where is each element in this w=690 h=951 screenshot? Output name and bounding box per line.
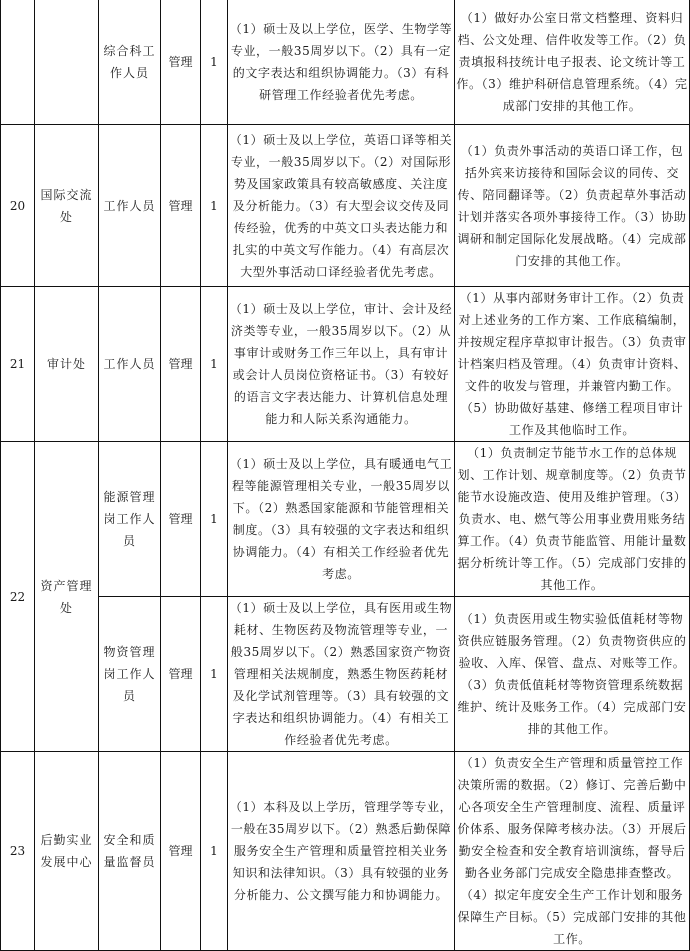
department-cell: 资产管理处: [35, 442, 99, 752]
category-cell: 管理: [161, 442, 201, 597]
table-row: 22 资产管理处 能源管理岗工作人员 管理 1 （1）硕士及以上学位，具有暖通电…: [1, 442, 690, 597]
row-number: 22: [1, 442, 35, 752]
category-cell: 管理: [161, 752, 201, 938]
job-positions-table: 综合科工作人员 管理 1 （1）硕士及以上学位，医学、生物学等专业，一般35周岁…: [0, 0, 690, 937]
headcount-cell: 1: [201, 0, 228, 125]
position-cell: 物资管理岗工作人员: [99, 597, 161, 752]
headcount-cell: 1: [201, 125, 228, 287]
department-cell: 国际交流处: [35, 125, 99, 287]
table-row: 综合科工作人员 管理 1 （1）硕士及以上学位，医学、生物学等专业，一般35周岁…: [1, 0, 690, 125]
position-cell: 工作人员: [99, 287, 161, 442]
category-cell: 管理: [161, 0, 201, 125]
requirements-cell: （1）硕士及以上学位，具有暖通电气工程等能源管理相关专业，一般35周岁以下。（2…: [228, 442, 455, 597]
duties-cell: （1）负责医用或生物实验低值耗材等物资供应链服务管理。（2）负责物资供应的验收、…: [455, 597, 690, 752]
department-cell: [35, 0, 99, 125]
table-row: 23 后勤实业发展中心 安全和质量监督员 管理 1 （1）本科及以上学历，管理学…: [1, 752, 690, 938]
headcount-cell: 1: [201, 287, 228, 442]
duties-cell: （1）从事内部财务审计工作。（2）负责对上述业务的工作方案、工作底稿编制，并按规…: [455, 287, 690, 442]
table-row: 20 国际交流处 工作人员 管理 1 （1）硕士及以上学位，英语口译等相关专业，…: [1, 125, 690, 287]
position-cell: 工作人员: [99, 125, 161, 287]
table-row: 物资管理岗工作人员 管理 1 （1）硕士及以上学位，具有医用或生物耗材、生物医药…: [1, 597, 690, 752]
position-cell: 安全和质量监督员: [99, 752, 161, 938]
department-cell: 后勤实业发展中心: [35, 752, 99, 938]
duties-cell: （1）做好办公室日常文档整理、资料归档、公文处理、信件收发等工作。（2）负责填报…: [455, 0, 690, 125]
position-cell: 能源管理岗工作人员: [99, 442, 161, 597]
position-cell: 综合科工作人员: [99, 0, 161, 125]
row-number: 20: [1, 125, 35, 287]
duties-cell: （1）负责外事活动的英语口译工作，包括外宾来访接待和国际会议的同传、交传、陪同翻…: [455, 125, 690, 287]
row-number: 23: [1, 752, 35, 938]
duties-cell: （1）负责制定节能节水工作的总体规划、工作计划、规章制度等。（2）负责节能节水设…: [455, 442, 690, 597]
headcount-cell: 1: [201, 597, 228, 752]
requirements-cell: （1）硕士及以上学位，具有医用或生物耗材、生物医药及物流管理等专业，一般35周岁…: [228, 597, 455, 752]
requirements-cell: （1）硕士及以上学位，英语口译等相关专业，一般35周岁以下。（2）对国际形势及国…: [228, 125, 455, 287]
requirements-cell: （1）本科及以上学历，管理学等专业，一般在35周岁以下。（2）熟悉后勤保障服务安…: [228, 752, 455, 938]
duties-cell: （1）负责安全生产管理和质量管控工作决策所需的数据。（2）修订、完善后勤中心各项…: [455, 752, 690, 938]
requirements-cell: （1）硕士及以上学位，医学、生物学等专业，一般35周岁以下。（2）具有一定的文字…: [228, 0, 455, 125]
row-number: [1, 0, 35, 125]
headcount-cell: 1: [201, 752, 228, 938]
category-cell: 管理: [161, 287, 201, 442]
requirements-cell: （1）硕士及以上学位，审计、会计及经济类等专业，一般35周岁以下。（2）从事审计…: [228, 287, 455, 442]
row-number: 21: [1, 287, 35, 442]
category-cell: 管理: [161, 125, 201, 287]
table-row: 21 审计处 工作人员 管理 1 （1）硕士及以上学位，审计、会计及经济类等专业…: [1, 287, 690, 442]
headcount-cell: 1: [201, 442, 228, 597]
department-cell: 审计处: [35, 287, 99, 442]
category-cell: 管理: [161, 597, 201, 752]
